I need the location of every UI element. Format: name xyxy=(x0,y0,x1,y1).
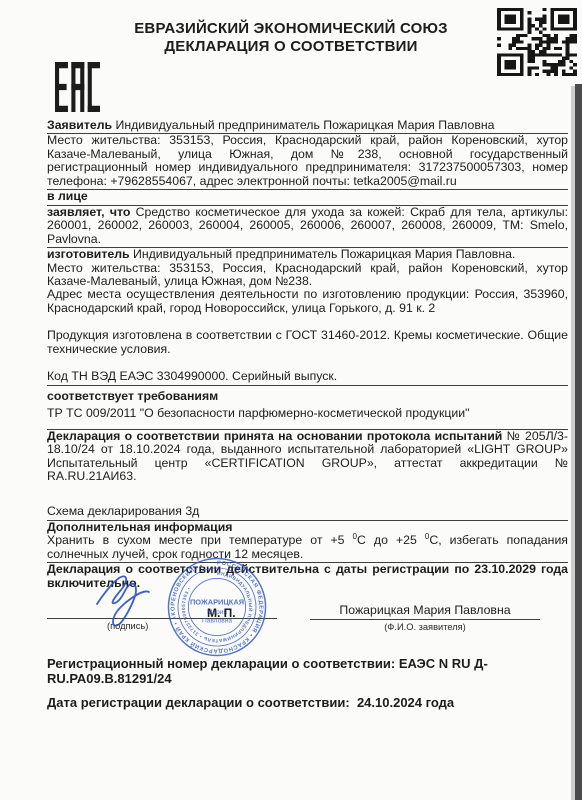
document-title: ЕВРАЗИЙСКИЙ ЭКОНОМИЧЕСКИЙ СОЮЗ ДЕКЛАРАЦИ… xyxy=(0,0,582,55)
declares-label: заявляет, что xyxy=(47,205,130,219)
fio-caption: (Ф.И.О. заявителя) xyxy=(310,620,540,634)
scan-edge-dark xyxy=(575,84,582,800)
declaration-document: ЕВРАЗИЙСКИЙ ЭКОНОМИЧЕСКИЙ СОЮЗ ДЕКЛАРАЦИ… xyxy=(0,0,582,800)
registration-date-line: Дата регистрации декларации о соответств… xyxy=(47,695,568,710)
applicant-label: Заявитель xyxy=(47,118,112,132)
stamp-center-line2: Мария xyxy=(207,609,228,616)
declaration-scheme: Схема декларирования 3д xyxy=(47,505,568,520)
applicant-line: Заявитель Индивидуальный предприниматель… xyxy=(47,119,568,134)
stamp-center-line3: Павловна xyxy=(202,618,232,625)
eac-mark-icon xyxy=(55,62,100,112)
basis-bold: Декларация о соответствии принята на осн… xyxy=(47,429,502,443)
qr-code-icon xyxy=(497,8,577,76)
registration-number-line: Регистрационный номер декларации о соотв… xyxy=(47,656,568,686)
round-stamp: РОССИЙСКАЯ ФЕДЕРАЦИЯ • КРАСНОДАРСКИЙ КРА… xyxy=(165,555,269,659)
applicant-fio: Пожарицкая Мария Павловна xyxy=(310,604,540,619)
applicant-name: Индивидуальный предприниматель Пожарицка… xyxy=(116,118,495,132)
document-title-line2: ДЕКЛАРАЦИЯ О СООТВЕТСТВИИ xyxy=(0,38,582,56)
storage-conditions: Хранить в сухом месте при температуре от… xyxy=(47,534,568,563)
svg-text:ИНДИВИДУАЛЬНЫЙ ПРЕДПРИНИМАТЕЛЬ: ИНДИВИДУАЛЬНЫЙ ПРЕДПРИНИМАТЕЛЬ • 3172375… xyxy=(181,571,255,643)
manufacturer-activity-address: Адрес места осуществления деятельности п… xyxy=(47,288,568,315)
manufacturer-name: Индивидуальный предприниматель Пожарицка… xyxy=(133,247,515,261)
manufacturer-residence: Место жительства: 353153, Россия, Красно… xyxy=(47,262,568,289)
tn-ved-code: Код ТН ВЭД ЕАЭС 3304990000. Серийный вып… xyxy=(47,370,568,385)
manufacturer-label: изготовитель xyxy=(47,247,130,261)
stamp-ring-inner-text: ИНДИВИДУАЛЬНЫЙ ПРЕДПРИНИМАТЕЛЬ • 3172375… xyxy=(181,571,255,643)
manufacturer-line: изготовитель Индивидуальный предпринимат… xyxy=(47,248,568,261)
fio-block: Пожарицкая Мария Павловна (Ф.И.О. заявит… xyxy=(310,604,540,634)
document-title-line1: ЕВРАЗИЙСКИЙ ЭКОНОМИЧЕСКИЙ СОЮЗ xyxy=(0,20,582,38)
in-person-line: в лице xyxy=(47,190,568,205)
applicant-details: Место жительства: 353153, Россия, Красно… xyxy=(47,134,568,190)
compliance-regulation: ТР ТС 009/2011 "О безопасности парфюмерн… xyxy=(47,407,568,429)
basis-paragraph: Декларация о соответствии принята на осн… xyxy=(47,430,568,484)
stamp-center-line1: ПОЖАРИЦКАЯ xyxy=(190,597,244,606)
registration-date-value: 24.10.2024 года xyxy=(357,695,454,710)
declares-line: заявляет, что Средство косметическое для… xyxy=(47,206,568,248)
product-standard: Продукция изготовлена в соответствии с Г… xyxy=(47,329,568,356)
compliance-heading: соответствует требованиям xyxy=(47,390,568,403)
handwritten-signature xyxy=(93,568,153,630)
